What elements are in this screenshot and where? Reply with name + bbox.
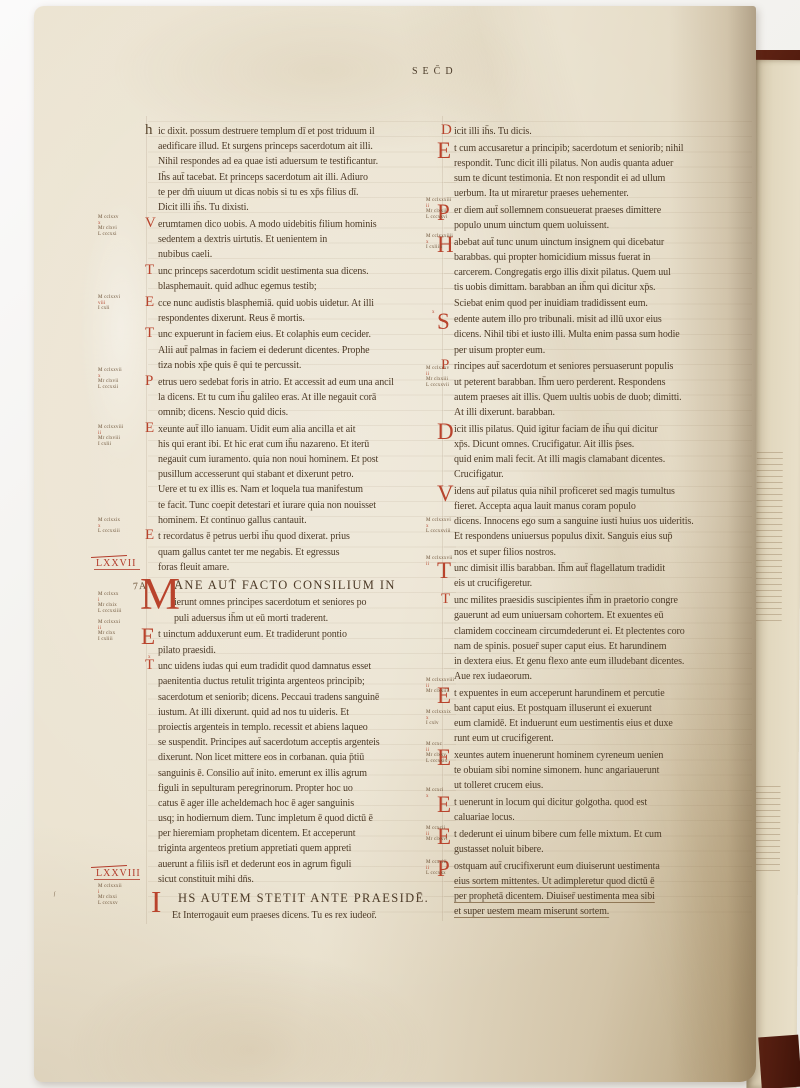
paragraph: Per diem aut̄ sollemnem consueuerat prae… (454, 203, 746, 233)
text-line: unc milites praesidis suscipientes ih̄m … (454, 593, 746, 608)
text-line: erumtamen dico uobis. A modo uidebitis f… (158, 217, 450, 232)
book-binding-bottom (758, 1035, 800, 1088)
text-line: autem praeses ait illis. Quem uultis uob… (454, 390, 746, 405)
paragraph: Tunc expuerunt in faciem eius. Et colaph… (158, 327, 450, 373)
canon-reference-stack: M cclxxxviiii (426, 556, 453, 567)
paragraph: Et uinctum adduxerunt eum. Et tradiderun… (158, 627, 450, 657)
canon-reference: L cccxxx (426, 871, 447, 877)
canon-reference: Mr clxxiiii (426, 689, 454, 695)
text-line: sicut constituit mihi dn̄s. (158, 872, 450, 887)
text-line: nubibus caeli. (158, 247, 450, 262)
text-line: nam de spinis. posuer̄ super caput eius.… (454, 639, 746, 654)
canon-reference-stack: M cclxxviixMr clxviiL cccxxii (98, 368, 122, 390)
text-line: Nihil respondes ad ea quae isti aduersum… (158, 154, 450, 169)
text-line: Dicit illi ih̄s. Tu dixisti. (158, 200, 450, 215)
canon-reference: Mr clxxvi (426, 837, 448, 843)
text-line: rincipes aut̄ sacerdotum et seniores per… (454, 359, 746, 374)
canon-reference-stack: M ccxciiiiMr clxxvi (426, 826, 448, 843)
text-line: gauerunt ad eum uniuersam cohortem. Et e… (454, 608, 746, 623)
canon-reference-stack: M cclxxviiiiiMr clxviiiI cxlii (98, 425, 123, 447)
canon-reference-stack: ∫ (54, 892, 56, 898)
canon-reference: M ccxci (426, 788, 444, 794)
paragraph: Exeunte aut̄ illo ianuam. Uidit eum alia… (158, 422, 450, 528)
paragraph: Ecce nunc audistis blasphemiā. quid uobi… (158, 296, 450, 326)
canon-reference-stack: M ccxciiMr clxxvL cccxxix (426, 742, 447, 764)
canon-reference: L cccxxvi (426, 215, 451, 221)
canon-reference: Mr clxviii (98, 436, 123, 442)
canon-reference: M cclxxxv (426, 366, 449, 372)
canon-reference-stack: M cclxxixxL cccxxiii (98, 518, 120, 535)
paragraph: Et dederunt ei uinum bibere cum felle mi… (454, 827, 746, 857)
text-line: Alii aut̄ palmas in faciem ei dederunt d… (158, 343, 450, 358)
text-line: eum clamidē. Et induerunt eum uestimenti… (454, 716, 746, 731)
canon-reference-stack: M cclxxxiiiiiMr clxxiiL cccxxvi (426, 198, 451, 220)
chapter-number-label: LXXVII (96, 558, 136, 569)
text-line: figuli in sepulturam peregrinorum. Propt… (158, 781, 450, 796)
canon-reference: M cclxxviii (98, 425, 123, 431)
text-line: cce nunc audistis blasphemiā. quid uobis… (158, 296, 450, 311)
text-line: foras fleuit amare. (158, 560, 450, 575)
text-line: sedentem a dextris uirtutis. Et ueniente… (158, 232, 450, 247)
text-line: dicens. Nihil tibi et iusto illi. Multa … (454, 327, 746, 342)
text-line: edente autem illo pro tribunali. misit a… (454, 312, 746, 327)
paragraph: MANE AUT̄ FACTO CONSILIUM INierunt omnes… (158, 576, 450, 625)
text-line: tis uobis dimittam. barabban an ih̄m qui… (454, 280, 746, 295)
canon-reference: M ccxcii (426, 826, 448, 832)
text-line: usq; in hodiernum diem. Tunc impletum ē … (158, 811, 450, 826)
canon-reference: Mr clxxiii (426, 377, 449, 383)
text-column-left: hic dixit. possum destruere templum dī e… (158, 124, 450, 924)
versal-initial: V (437, 482, 454, 506)
text-line: nos et super filios nostros. (454, 545, 746, 560)
paragraph: Habebat aut̄ tunc unum uinctum insignem … (454, 235, 746, 311)
text-line: eius sortem mittentes. Ut adimpleretur q… (454, 874, 746, 889)
canon-reference-stack: M cclxxxviiMr clxxiiiL cccxxvii (426, 366, 449, 388)
chapter-number-label: LXXVIII (96, 868, 141, 879)
text-line: dicens. Innocens ego sum a sanguine iust… (454, 514, 746, 529)
text-line: unc princeps sacerdotum scidit uestiment… (158, 264, 450, 279)
paragraph: Tunc princeps sacerdotum scidit uestimen… (158, 264, 450, 294)
text-line: quid enim mali fecit. At illi magis clam… (454, 452, 746, 467)
canon-reference: L cccxxi (98, 232, 119, 238)
canon-reference: x (148, 655, 151, 661)
canon-reference: M cclxxix (98, 518, 120, 524)
versal-initial: M (140, 572, 180, 616)
paragraph: Et cum accusaretur a principib; sacerdot… (454, 141, 746, 202)
text-line: sanguinis ē. Consilio aut̄ inito. emerun… (158, 766, 450, 781)
text-line: populo unum uinctum quem uoluissent. (454, 218, 746, 233)
canon-reference: I cxliiii (426, 245, 453, 251)
text-line: tiza nobis xp̄e quis ē qui te percussit. (158, 358, 450, 373)
text-line: t dederunt ei uinum bibere cum felle mix… (454, 827, 746, 842)
canon-reference: M cclxxxvii (426, 556, 453, 562)
canon-reference-stack: M cclxxxixxI cxlv (426, 710, 451, 727)
versal-initial: E (141, 625, 155, 649)
text-line: xp̄s. Dicunt omnes. Crucifigatur. Ait il… (454, 437, 746, 452)
text-line: t uenerunt in locum qui dicitur golgotha… (454, 795, 746, 810)
text-line: dixerunt. Non licet mittere eos in corba… (158, 750, 450, 765)
text-line: xeuntes autem inuenerunt hominem cyreneu… (454, 748, 746, 763)
text-line: xeunte aut̄ illo ianuam. Uidit eum alia … (158, 422, 450, 437)
text-line: eis ut crucifigeretur. (454, 576, 746, 591)
text-line: caluariae locus. (454, 810, 746, 825)
text-line: Et Interrogauit eum praeses dicens. Tu e… (158, 908, 450, 923)
canon-reference: Mr clxvi (98, 226, 119, 232)
paragraph: Tunc uidens iudas qui eum tradidit quod … (158, 659, 450, 887)
canon-reference: L cccxxiiii (98, 609, 122, 615)
versal-initial: T (145, 325, 154, 341)
canon-reference-stack: M cclxxxiiiixI cxliiii (426, 234, 453, 251)
canon-reference: M ccxciii (426, 860, 447, 866)
text-line: in dextera eius. Et genu flexo ante eum … (454, 654, 746, 669)
text-line: er diem aut̄ sollemnem consueuerat praes… (454, 203, 746, 218)
canon-reference-stack: M ccxciiiiiL cccxxx (426, 860, 447, 877)
canon-reference-stack: M cclxxxiiiMr clxxI cxliii (98, 620, 120, 642)
text-line: paenitentia ductus retulit triginta arge… (158, 674, 450, 689)
text-line: triginta argenteos pretium appretiati qu… (158, 841, 450, 856)
text-line: idens aut̄ pilatus quia nihil proficeret… (454, 484, 746, 499)
paragraph: Petrus uero sedebat foris in atrio. Et a… (158, 375, 450, 421)
paragraph: Et uenerunt in locum qui dicitur golgoth… (454, 795, 746, 825)
paragraph: Sedente autem illo pro tribunali. misit … (454, 312, 746, 358)
text-line: t cum accusaretur a principib; sacerdotu… (454, 141, 746, 156)
paragraph: Dicit illi ih̄s. Tu dicis. (454, 124, 746, 139)
text-line: sum te dicunt testimonia. Et non respond… (454, 171, 746, 186)
manuscript-page: SEC̄D hic dixit. possum destruere templu… (34, 6, 756, 1082)
text-line: per uisum propter eum. (454, 343, 746, 358)
nota-mark: 7A (133, 581, 148, 593)
paragraph: Postquam aut̄ crucifixerunt eum diuiseru… (454, 859, 746, 920)
paragraph: IHS AUTEM STETIT ANTE PRAESIDĒ.Et Interr… (158, 889, 450, 923)
facing-page-text-traces (756, 452, 783, 622)
canon-reference: M cclxxxvi (426, 518, 451, 524)
text-line: Aue rex iudaeorum. (454, 669, 746, 684)
canon-reference: L cccxxvii (426, 383, 449, 389)
text-line: icit illis pilatus. Quid igitur faciam d… (454, 422, 746, 437)
text-line: auerunt a filiis isr̄l et dederunt eos i… (158, 857, 450, 872)
text-line: uerbum. Ita ut miraretur praeses uehemen… (454, 186, 746, 201)
canon-reference: M cclxxv (98, 215, 119, 221)
canon-reference: M cclxxxiiii (426, 234, 453, 240)
text-line: carcerem. Congregatis ergo illis dixit p… (454, 265, 746, 280)
text-line: clamidem coccineam circumdederunt ei. Et… (454, 624, 746, 639)
canon-reference-stack: x (432, 310, 435, 316)
text-line: puli aduersus ih̄m ut eū morti traderent… (158, 611, 450, 626)
paragraph: Tunc dimisit illis barabban. Ih̄m aut̄ f… (454, 561, 746, 591)
canon-reference-stack: M ccxcix (426, 788, 444, 799)
text-line: quam gallus cantet ter me negabis. Et eg… (158, 545, 450, 560)
text-line: HS AUTEM STETIT ANTE PRAESIDĒ. (158, 889, 450, 908)
facing-page-text-traces (754, 786, 781, 876)
text-line: abebat aut̄ tunc unum uinctum insignem q… (454, 235, 746, 250)
canon-reference: I cxlii (98, 442, 123, 448)
text-line: omnib; dicens. Nescio quid dicis. (158, 405, 450, 420)
canon-reference-stack: M cclxxviviiiI cxli (98, 295, 120, 312)
text-line: ic dixit. possum destruere templum dī et… (158, 124, 450, 139)
text-line: ierunt omnes principes sacerdotum et sen… (158, 595, 450, 610)
canon-reference: L cccxxviii (426, 529, 451, 535)
canon-reference-stack: x (148, 655, 151, 661)
text-line: t uinctum adduxerunt eum. Et tradiderunt… (158, 627, 450, 642)
canon-reference-stack: M cclxxxiMr clxixL cccxxiiii (98, 592, 122, 614)
text-line: ut peterent barabban. Ih̄m uero perderen… (454, 375, 746, 390)
canon-reference: x (432, 310, 435, 316)
text-line: respondit. Tunc dicit illi pilatus. Non … (454, 156, 746, 171)
paragraph: Videns aut̄ pilatus quia nihil proficere… (454, 484, 746, 560)
text-line: hominem. Et continuo gallus cantauit. (158, 513, 450, 528)
text-line: etrus uero sedebat foris in atrio. Et ac… (158, 375, 450, 390)
canon-reference: L cccxxv (98, 901, 122, 907)
text-column-right: Dicit illi ih̄s. Tu dicis.Et cum accusar… (454, 124, 746, 921)
canon-reference: x (426, 794, 444, 800)
paragraph: Dicit illis pilatus. Quid igitur faciam … (454, 422, 746, 483)
versal-initial: T (441, 591, 450, 607)
text-line: proiectis argenteis in templo. recessit … (158, 720, 450, 735)
paragraph: Et recordatus ē petrus uerbi ih̄u quod d… (158, 529, 450, 575)
canon-reference: L cccxxiii (98, 529, 120, 535)
text-line: unc dimisit illis barabban. Ih̄m aut̄ fl… (454, 561, 746, 576)
text-line: Uere et tu ex illis es. Nam et loquela t… (158, 482, 450, 497)
paragraph: Exeuntes autem inuenerunt hominem cyrene… (454, 748, 746, 794)
canon-reference: M cclxxxiii (426, 198, 451, 204)
canon-reference-stack: M cclxxxviiiiiMr clxxiiii (426, 678, 454, 695)
running-title: SEC̄D (412, 66, 458, 77)
text-line: ostquam aut̄ crucifixerunt eum diuiserun… (454, 859, 746, 874)
canon-reference: L cccxxix (426, 759, 447, 765)
text-line: per prophetā dicentem. Diuiser̄ uestimen… (454, 889, 746, 904)
paragraph: hic dixit. possum destruere templum dī e… (158, 124, 450, 215)
canon-reference: M cclxxx (98, 592, 122, 598)
text-line: fieret. Accepta aqua lauit manus coram p… (454, 499, 746, 514)
canon-reference: M cclxxvi (98, 295, 120, 301)
canon-reference: I cxlv (426, 721, 451, 727)
text-line: runt eum ut crucifigerent. (454, 731, 746, 746)
canon-reference: Mr clxvii (98, 379, 122, 385)
text-line: et super uestem meam miserunt sortem. (454, 904, 746, 919)
text-line: icit illi ih̄s. Tu dicis. (454, 124, 746, 139)
versal-initial: I (151, 886, 161, 918)
paragraph: Verumtamen dico uobis. A modo uidebitis … (158, 217, 450, 263)
text-line: per hieremiam prophetam dicentem. Et acc… (158, 826, 450, 841)
paragraph: Et expuentes in eum acceperunt harundine… (454, 686, 746, 747)
text-line: sacerdotum et seniorib; dicens. Peccaui … (158, 690, 450, 705)
versal-initial: P (145, 373, 153, 389)
text-line: t expuentes in eum acceperunt harundinem… (454, 686, 746, 701)
text-line: his qui erant ibi. Et hic erat cum ih̄u … (158, 437, 450, 452)
versal-initial: T (145, 262, 154, 278)
text-line: ut tolleret crucem eius. (454, 778, 746, 793)
text-line: At illi dixerunt. barabban. (454, 405, 746, 420)
canon-reference: M cclxxxix (426, 710, 451, 716)
canon-reference: Mr clxxv (426, 753, 447, 759)
text-line: la dicens. Et tu cum ih̄u galileo eras. … (158, 390, 450, 405)
canon-reference-stack: M cclxxvxMr clxviL cccxxi (98, 215, 119, 237)
canon-reference: L cccxxii (98, 385, 122, 391)
text-line: Ih̄s aut̄ tacebat. Et princeps sacerdotu… (158, 170, 450, 185)
versal-initial: E (145, 527, 154, 543)
text-line: t recordatus ē petrus uerbi ih̄u quod di… (158, 529, 450, 544)
canon-reference: I cxliii (98, 637, 120, 643)
text-line: blasphemauit. quid adhuc egemus testib; (158, 279, 450, 294)
canon-reference: M cclxxvii (98, 368, 122, 374)
text-line: Sciebat enim quod per inuidiam tradidiss… (454, 296, 746, 311)
canon-reference-stack: M cclxxxiiiMr clxxiL cccxxv (98, 884, 122, 906)
canon-reference: M cclxxxi (98, 620, 120, 626)
versal-initial: D (437, 420, 454, 444)
text-line: Crucifigatur. (454, 467, 746, 482)
versal-initial: h (145, 122, 152, 138)
canon-reference: I cxli (98, 306, 120, 312)
versal-initial: E (145, 420, 154, 436)
text-line: catus ē ager ille acheldemach hoc ē ager… (158, 796, 450, 811)
canon-reference: ii (426, 562, 453, 568)
text-line: Et respondens uniuersus populus dixit. S… (454, 529, 746, 544)
text-line: te obuiam sibi nomine simonem. hunc anga… (454, 763, 746, 778)
paragraph: Tunc milites praesidis suscipientes ih̄m… (454, 593, 746, 684)
versal-initial: E (437, 139, 451, 163)
paragraph: Principes aut̄ sacerdotum et seniores pe… (454, 359, 746, 420)
canon-reference: M cclxxxii (98, 884, 122, 890)
text-line: barabbas. qui propter homicidium missus … (454, 250, 746, 265)
text-line: gustasset noluit bibere. (454, 842, 746, 857)
text-line: ANE AUT̄ FACTO CONSILIUM IN (158, 576, 450, 595)
canon-reference-stack: M cclxxxvixL cccxxviii (426, 518, 451, 535)
text-line: bant caput eius. Et postquam illuserunt … (454, 701, 746, 716)
versal-initial: D (441, 122, 452, 138)
text-line: unc uidens iudas qui eum tradidit quod d… (158, 659, 450, 674)
text-line: aedificare illud. Et surgens princeps sa… (158, 139, 450, 154)
text-line: se suspendit. Principes aut̄ sacerdotum … (158, 735, 450, 750)
versal-initial: S (437, 310, 450, 334)
text-line: te per dm̄ uiuum ut dicas nobis si tu es… (158, 185, 450, 200)
text-line: unc expuerunt in faciem eius. Et colaphi… (158, 327, 450, 342)
canon-reference: M cclxxxviii (426, 678, 454, 684)
canon-reference: ∫ (54, 892, 56, 898)
text-line: pusillum accesserunt qui stabant et dixe… (158, 467, 450, 482)
text-line: respondentes dixerunt. Reus ē mortis. (158, 311, 450, 326)
versal-initial: E (145, 294, 154, 310)
versal-initial: V (145, 215, 156, 231)
text-line: pilato praesidi. (158, 643, 450, 658)
text-line: iustum. At illi dixerunt. quid ad nos tu… (158, 705, 450, 720)
text-line: negauit cum iuramento. quia non noui hom… (158, 452, 450, 467)
text-line: te facit. Tunc coepit detestari et iurar… (158, 498, 450, 513)
manuscript-photo: SEC̄D hic dixit. possum destruere templu… (0, 0, 800, 1088)
